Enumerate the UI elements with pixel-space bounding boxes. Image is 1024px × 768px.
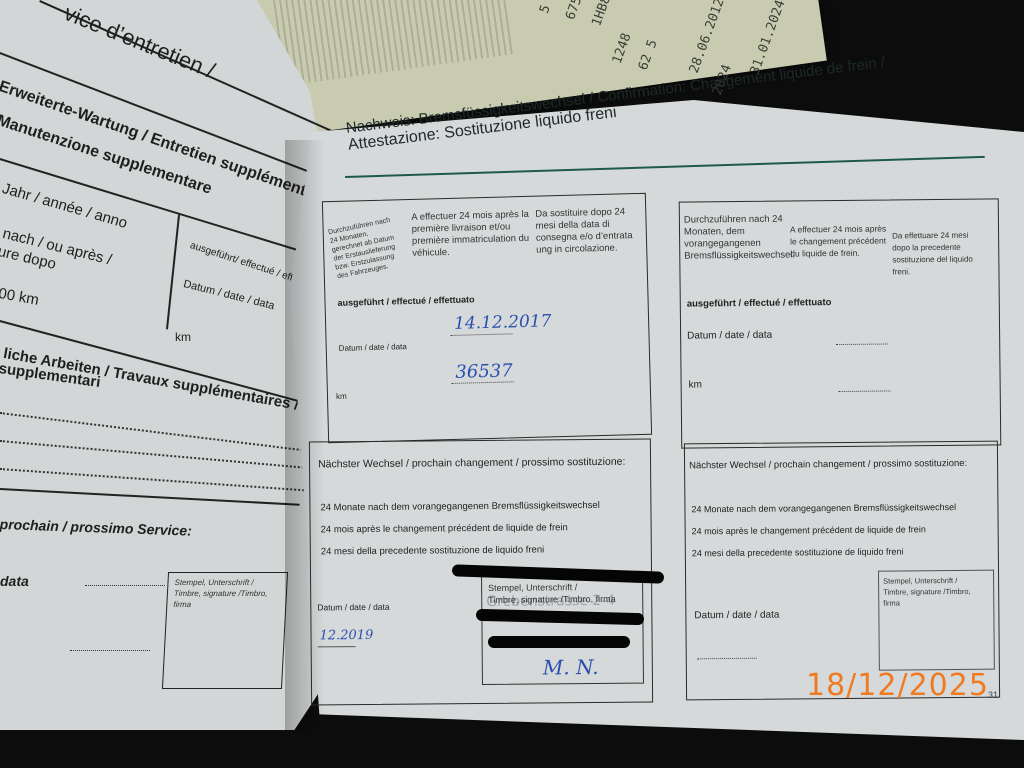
next-change-heading: Nächster Wechsel / prochain changement /… [318, 456, 625, 471]
next-change-de: 24 Monate nach dem vorangegangenen Brems… [320, 500, 599, 513]
next-change-heading: Nächster Wechsel / prochain changement /… [689, 458, 967, 471]
reg-cell: 675 8 [563, 0, 590, 22]
stamp-box: Stempel, Unterschrift / Timbre, signatur… [162, 572, 288, 689]
stamp-label: Stempel, Unterschrift / Timbre, signatur… [488, 581, 616, 606]
next-service-heading: prochain / prossimo Service: [0, 516, 192, 539]
date-field-line [450, 333, 512, 336]
stamp-box: Grebenstrasse 2-4 Stempel, Unterschrift … [481, 574, 644, 685]
page-title: vice d’entretien / [60, 0, 218, 84]
next-date-label: data [0, 573, 29, 589]
reg-cell: 1HB8 0 [589, 0, 619, 28]
km-field-line [839, 390, 891, 392]
next-date-label: Datum / date / data [694, 610, 779, 622]
writing-line [85, 585, 165, 586]
instruction-it: Da effettuare 24 mesi dopo la precedente… [892, 229, 987, 278]
stamp-label: Stempel, Unterschrift / Timbre, signatur… [879, 571, 993, 613]
next-change-fr: 24 mois après le changement précédent de… [692, 524, 926, 536]
next-date-label: Datum / date / data [317, 602, 389, 613]
reg-cell: 62 5 [636, 38, 661, 73]
performed-label: ausgeführt / effectué / effettuato [337, 294, 474, 308]
km-label: km [175, 330, 191, 344]
writing-line [70, 650, 150, 651]
instruction-fr: A effectuer 24 mois après la première li… [411, 209, 532, 260]
km-label: km [689, 379, 702, 390]
instruction-it: Da sostituire dopo 24 mesi della data di… [535, 206, 641, 257]
brake-fluid-entry-1-performed: Durchzuführen nach 24 Monaten, gerechnet… [322, 193, 652, 443]
signature-handwritten: M. N. [543, 655, 599, 679]
km-interval-label: 00 km [0, 285, 40, 309]
km-value-handwritten: 36537 [455, 360, 513, 382]
brake-fluid-entry-2-next: Nächster Wechsel / prochain changement /… [684, 441, 1000, 701]
next-change-it: 24 mesi della precedente sostituzione de… [321, 544, 544, 557]
next-change-de: 24 Monate nach dem vorangegangenen Brems… [691, 502, 956, 514]
stamp-box: Stempel, Unterschrift / Timbre, signatur… [878, 570, 995, 671]
page-number: 31 [988, 690, 998, 700]
photo-date-stamp: 18/12/2025 [806, 668, 989, 703]
divider [166, 215, 180, 330]
reg-cell: 1248 [610, 31, 635, 66]
instruction-de: Durchzuführen nach 24 Monaten, dem voran… [684, 214, 784, 263]
next-date-value-handwritten: 12.2019 [319, 628, 373, 643]
stamp-label: Stempel, Unterschrift / Timbre, signatur… [167, 573, 287, 614]
next-change-fr: 24 mois après le changement précédent de… [321, 522, 568, 535]
date-label: Datum / date / data [182, 278, 276, 312]
instruction-fr: A effectuer 24 mois après le changement … [790, 222, 888, 259]
date-value-handwritten: 14.12.2017 [454, 311, 552, 334]
date-label: Datum / date / data [339, 342, 407, 353]
next-date-field-line [318, 646, 356, 647]
reg-cell: 5 [537, 3, 554, 15]
brake-fluid-entry-2-performed: Durchzuführen nach 24 Monaten, dem voran… [679, 198, 1002, 448]
reg-cell: 28.06.2012 BS [687, 0, 736, 75]
next-date-field-line [697, 658, 757, 660]
divider [0, 488, 300, 505]
year-label: Jahr / année / anno [0, 180, 129, 232]
redaction-bar [488, 636, 630, 648]
next-change-it: 24 mesi della precedente sostituzione de… [692, 546, 904, 558]
km-label: km [336, 392, 347, 401]
performed-label: ausgeführt / effectué / effettuato [687, 297, 832, 310]
km-field-line [452, 381, 514, 384]
date-label: Datum / date / data [687, 330, 772, 342]
writing-line [0, 468, 304, 491]
date-field-line [836, 343, 888, 345]
instruction-de: Durchzuführen nach 24 Monaten, gerechnet… [327, 215, 404, 281]
left-page-content: vice d’entretien / Erweiterte-Wartung / … [0, 0, 330, 720]
divider [0, 52, 317, 175]
